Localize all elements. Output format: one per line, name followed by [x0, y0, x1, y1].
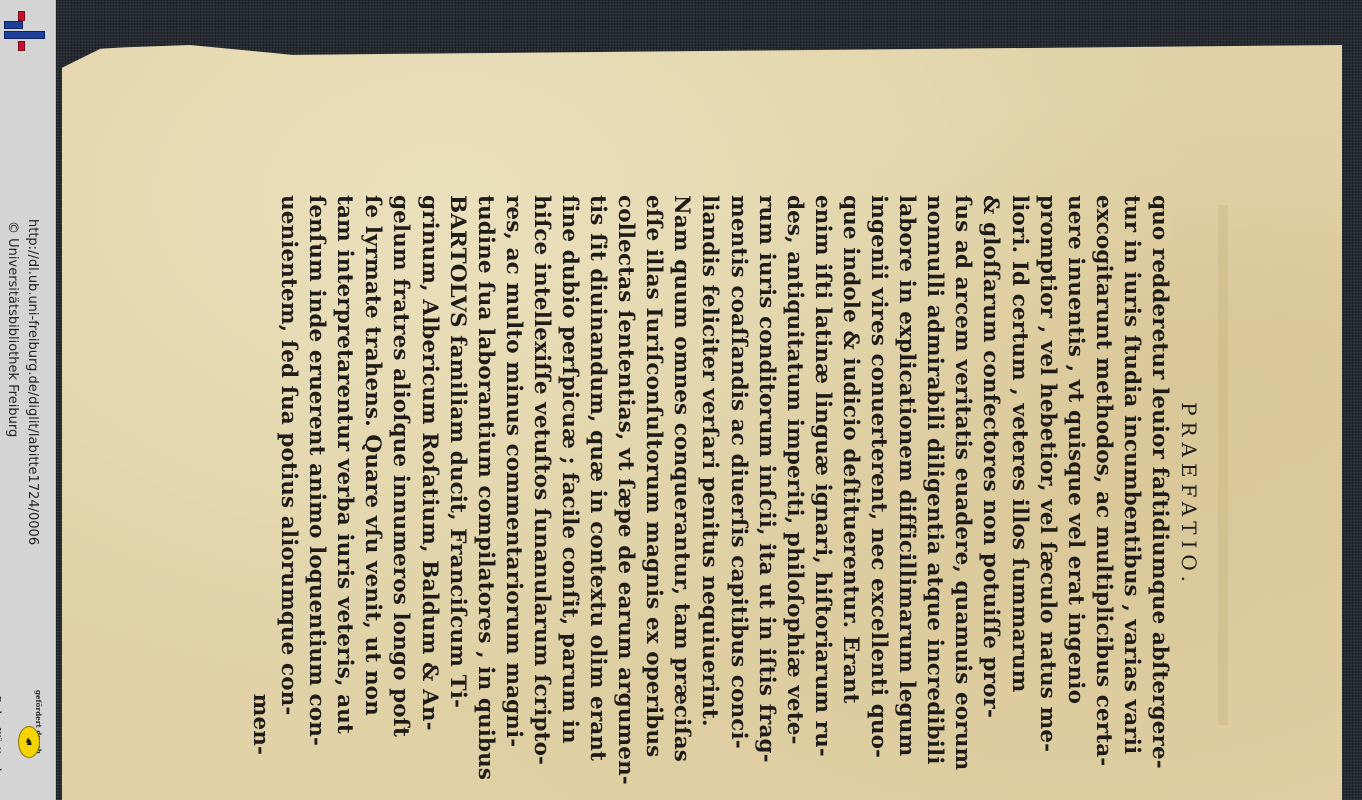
text-line: eſſe illas Iuriſconſultorum magnis ex op…: [639, 195, 667, 755]
page-heading: PRAEFATIO.: [1173, 195, 1205, 755]
text-line: BARTOLVS familiam ducit, Franciſcum Ti-: [443, 195, 471, 755]
sponsor-badge: gefördert durch ♞ Baden-Württemberg: [2, 688, 54, 800]
text-line: labore in explicationem difficillimarum …: [892, 195, 920, 755]
permalink-url[interactable]: http://dl.ub.uni-freiburg.de/diglit/labi…: [25, 219, 40, 545]
text-line: ſus ad arcem veritatis euadere, quamuis …: [948, 195, 976, 755]
text-line: liandis feliciter verſari penitus nequiu…: [695, 195, 723, 755]
text-line: ſe lyrmate trahens. Quare vſu venit, ut …: [358, 195, 386, 755]
text-line: grinum, Albericum Roſatium, Baldum & An-: [414, 195, 442, 755]
viewer-sidebar: http://dl.ub.uni-freiburg.de/diglit/labi…: [0, 0, 56, 800]
text-line: gelum fratres alioſque innumeros longo p…: [386, 195, 414, 755]
copyright-notice: © Universitätsbibliothek Freiburg: [5, 221, 20, 437]
text-line: que indole & iudicio deſtituerentur. Era…: [836, 195, 864, 755]
page-text-block: PRAEFATIO. quo redderetur leuior faſtidi…: [246, 195, 1205, 755]
sponsor-name: Baden-Württemberg: [0, 696, 12, 789]
plate-mark: [1218, 205, 1228, 725]
text-line: mentis coaſſandis ac diuerſis capitibus …: [724, 195, 752, 755]
text-line: uenientem, ſed ſua potius aliorumque con…: [274, 195, 302, 755]
text-line: Nam quum omnes conquerantur, tam præciſa…: [667, 195, 695, 755]
text-line: rum iuris conditorum inſcii, ita ut in i…: [752, 195, 780, 755]
text-line: excogitarunt methodos, ac multiplicibus …: [1089, 195, 1117, 755]
text-line: ſine dubio perſpicuæ ; facile conſit, pa…: [555, 195, 583, 755]
text-line: quo redderetur leuior faſtidiumque abſte…: [1145, 195, 1173, 755]
text-line: tudine ſua laborantium compilatores , in…: [471, 195, 499, 755]
text-line: nonnulli admirabili diligentia atque inc…: [920, 195, 948, 755]
text-line: tur in iuris ſtudia incumbentibus , vari…: [1117, 195, 1145, 755]
text-line: collectas ſententias, vt ſæpe de earum a…: [611, 195, 639, 755]
uni-freiburg-logo-icon[interactable]: [4, 10, 46, 50]
baden-wuerttemberg-seal-icon: ♞: [18, 726, 40, 758]
catchword: men-: [246, 195, 274, 755]
text-line: tis ſit diuinandum, quæ in contextu olim…: [583, 195, 611, 755]
text-line: res, ac multo minus commentariorum magni…: [499, 195, 527, 755]
text-line: ſenſum inde eruerent animo loquentium co…: [302, 195, 330, 755]
text-line: uere inuentis , vt quisque vel erat inge…: [1061, 195, 1089, 755]
text-line: tam interpretarentur verba iuris veteris…: [330, 195, 358, 755]
text-line: & gloſſarum confectores non potuiſſe pro…: [976, 195, 1004, 755]
text-line: ingenii vires conuerterent, nec excellen…: [864, 195, 892, 755]
text-line: enim iſti latinæ linguæ ignari, hiſtoria…: [808, 195, 836, 755]
text-line: hiſce intellexiſſe vetuſtos ſunanularum …: [527, 195, 555, 755]
text-line: liori. Id certum , veteres illos ſummaru…: [1004, 195, 1032, 755]
text-line: des, antiquitatum imperiti, philoſophiæ …: [780, 195, 808, 755]
text-line: promptior , vel hebetior, vel ſæculo nat…: [1033, 195, 1061, 755]
